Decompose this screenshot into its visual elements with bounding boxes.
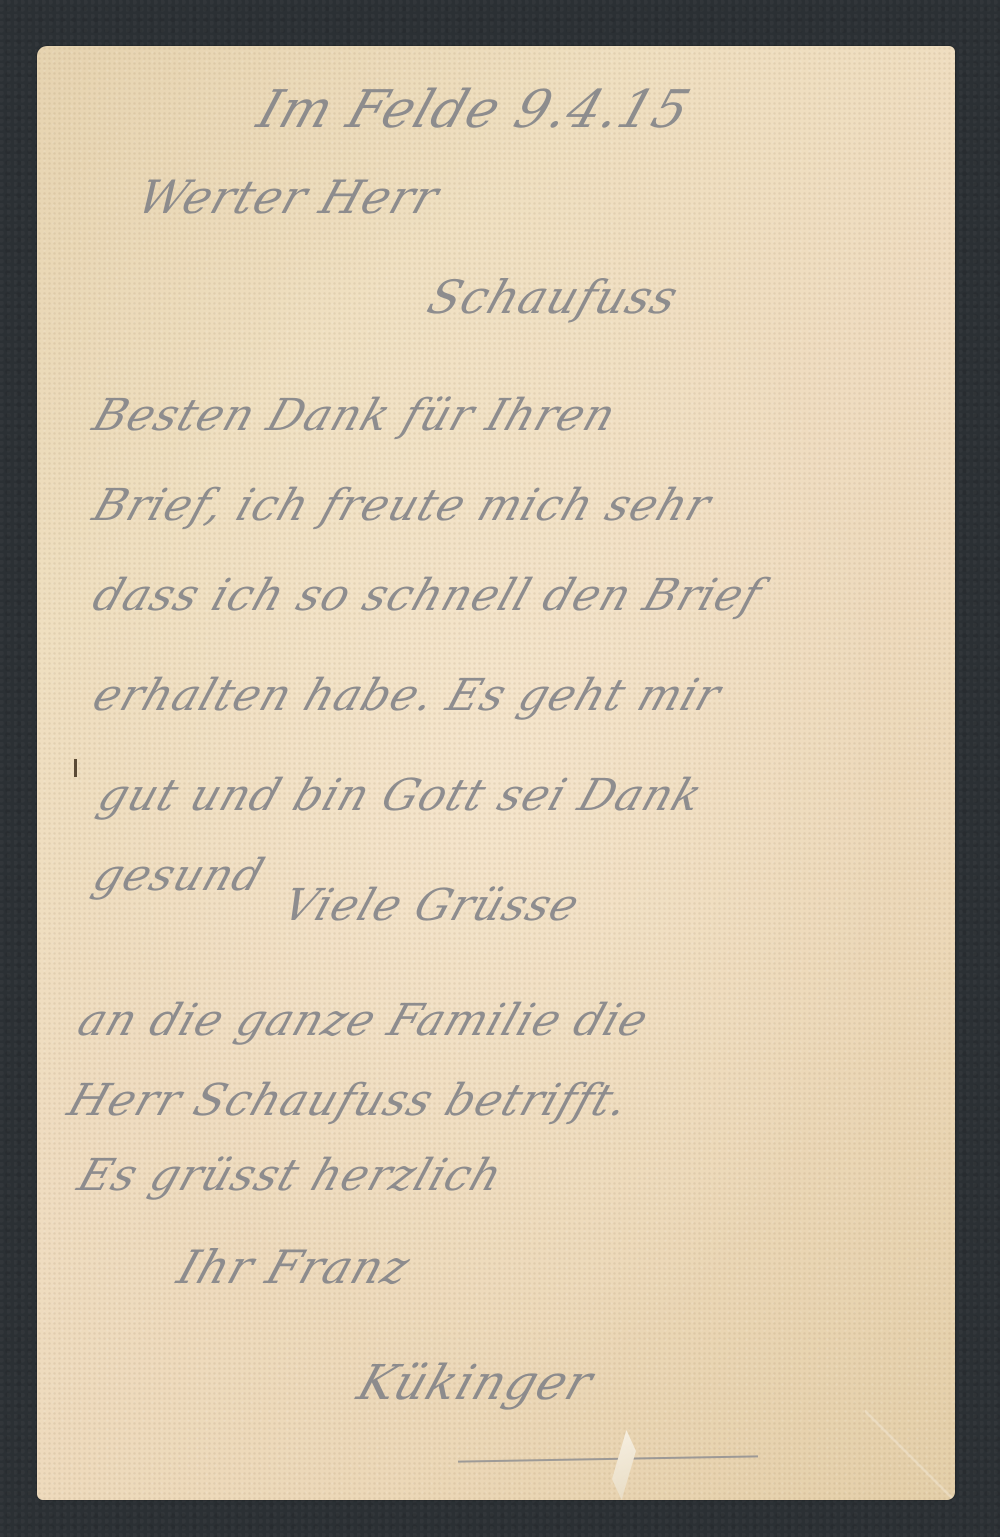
salutation-name: Schaufuss <box>421 270 685 324</box>
closing-line: Es grüsst herzlich <box>72 1150 509 1201</box>
body-line-2: Brief, ich freute mich sehr <box>87 480 718 531</box>
closing-name: Ihr Franz <box>171 1240 417 1294</box>
date-line: Im Felde 9.4.15 <box>250 80 698 140</box>
greetings-line: Viele Grüsse <box>277 880 587 931</box>
body-line-4: erhalten habe. Es geht mir <box>87 670 728 721</box>
body-line-5: gut und bin Gott sei Dank <box>92 770 709 821</box>
body-line-7: an die ganze Familie die <box>72 995 655 1046</box>
body-line-1: Besten Dank für Ihren <box>87 390 623 441</box>
body-line-8: Herr Schaufuss betrifft. <box>62 1075 636 1126</box>
body-line-6: gesund <box>87 850 271 901</box>
body-line-3: dass ich so schnell den Brief <box>87 570 769 621</box>
edge-stain <box>74 759 77 777</box>
salutation: Werter Herr <box>131 170 446 224</box>
signature: Kükinger <box>351 1355 600 1411</box>
